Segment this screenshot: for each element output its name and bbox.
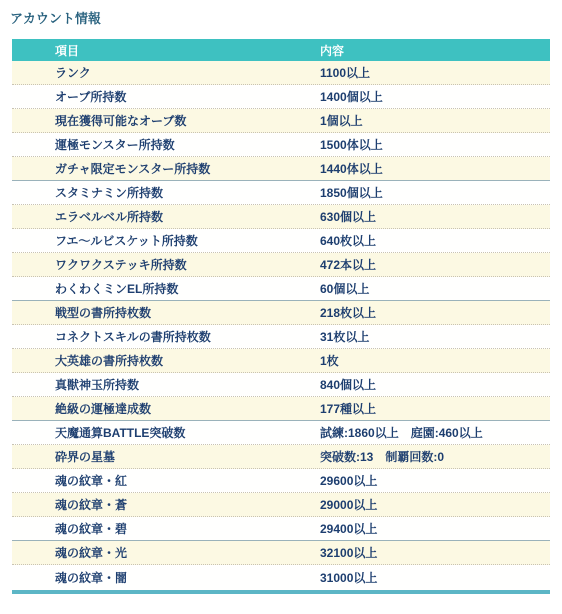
row-item-value: 1850個以上 [320,184,550,201]
table-row: エラベルベル所持数 630個以上 [12,205,550,229]
row-item-label: ワクワクステッキ所持数 [12,256,320,273]
row-item-label: オーブ所持数 [12,88,320,105]
page-title: アカウント情報 [10,8,562,27]
row-item-value: 32100以上 [320,544,550,561]
table-row: 現在獲得可能なオーブ数 1個以上 [12,109,550,133]
row-item-label: スタミナミン所持数 [12,184,320,201]
row-item-label: ランク [12,64,320,81]
row-item-label: 現在獲得可能なオーブ数 [12,112,320,129]
row-item-label: コネクトスキルの書所持枚数 [12,328,320,345]
row-item-label: 真獣神玉所持数 [12,376,320,393]
row-item-value: 試練:1860以上 庭園:460以上 [320,424,550,441]
table-row: コネクトスキルの書所持枚数 31枚以上 [12,325,550,349]
row-item-value: 31枚以上 [320,328,550,345]
row-item-value: 630個以上 [320,208,550,225]
row-item-value: 1440体以上 [320,160,550,177]
table-row: 大英雄の書所持枚数 1枚 [12,349,550,373]
table-row: ワクワクステッキ所持数 472本以上 [12,253,550,277]
row-item-value: 29000以上 [320,496,550,513]
row-item-value: 29400以上 [320,520,550,537]
row-item-label: 魂の紋章・紅 [12,472,320,489]
table-row: オーブ所持数 1400個以上 [12,85,550,109]
account-info-page: アカウント情報 項目 内容 ランク 1100以上 オーブ所持数 1400個以上 … [0,0,562,614]
row-item-value: 1400個以上 [320,88,550,105]
row-item-label: わくわくミンEL所持数 [12,280,320,297]
table-row: 絶級の運極達成数 177種以上 [12,397,550,421]
row-item-value: 177種以上 [320,400,550,417]
row-item-label: ガチャ限定モンスター所持数 [12,160,320,177]
row-item-value: 472本以上 [320,256,550,273]
table-row: 魂の紋章・光 32100以上 [12,541,550,565]
row-item-value: 1個以上 [320,112,550,129]
row-item-value: 640枚以上 [320,232,550,249]
table-row: 魂の紋章・蒼 29000以上 [12,493,550,517]
row-item-label: 魂の紋章・碧 [12,520,320,537]
table-row: 砕界の星墓 突破数:13 制覇回数:0 [12,445,550,469]
row-item-value: 突破数:13 制覇回数:0 [320,448,550,465]
row-item-label: 砕界の星墓 [12,448,320,465]
table-row: 魂の紋章・碧 29400以上 [12,517,550,541]
table-row: ガチャ限定モンスター所持数 1440体以上 [12,157,550,181]
table-row: 魂の紋章・闇 31000以上 [12,565,550,590]
row-item-value: 29600以上 [320,472,550,489]
row-item-value: 1枚 [320,352,550,369]
row-item-value: 60個以上 [320,280,550,297]
row-item-value: 840個以上 [320,376,550,393]
column-header-content: 内容 [320,42,550,59]
table-header-row: 項目 内容 [12,39,550,61]
row-item-value: 31000以上 [320,569,550,586]
table-row: フエ〜ルビスケット所持数 640枚以上 [12,229,550,253]
row-item-label: 絶級の運極達成数 [12,400,320,417]
row-item-value: 218枚以上 [320,304,550,321]
row-item-label: 運極モンスター所持数 [12,136,320,153]
table-row: スタミナミン所持数 1850個以上 [12,181,550,205]
row-item-label: 魂の紋章・闇 [12,569,320,586]
table-row: 真獣神玉所持数 840個以上 [12,373,550,397]
row-item-label: フエ〜ルビスケット所持数 [12,232,320,249]
table-row: わくわくミンEL所持数 60個以上 [12,277,550,301]
row-item-label: 大英雄の書所持枚数 [12,352,320,369]
table-row: 運極モンスター所持数 1500体以上 [12,133,550,157]
row-item-label: 戦型の書所持枚数 [12,304,320,321]
row-item-label: 魂の紋章・光 [12,544,320,561]
row-item-label: 魂の紋章・蒼 [12,496,320,513]
row-item-label: エラベルベル所持数 [12,208,320,225]
column-header-item: 項目 [12,42,320,59]
table-row: 戦型の書所持枚数 218枚以上 [12,301,550,325]
table-row: 天魔通算BATTLE突破数 試練:1860以上 庭園:460以上 [12,421,550,445]
row-item-label: 天魔通算BATTLE突破数 [12,424,320,441]
account-info-table: 項目 内容 ランク 1100以上 オーブ所持数 1400個以上 現在獲得可能なオ… [12,39,550,594]
table-body: ランク 1100以上 オーブ所持数 1400個以上 現在獲得可能なオーブ数 1個… [12,61,550,590]
row-item-value: 1500体以上 [320,136,550,153]
row-item-value: 1100以上 [320,64,550,81]
table-row: ランク 1100以上 [12,61,550,85]
table-row: 魂の紋章・紅 29600以上 [12,469,550,493]
